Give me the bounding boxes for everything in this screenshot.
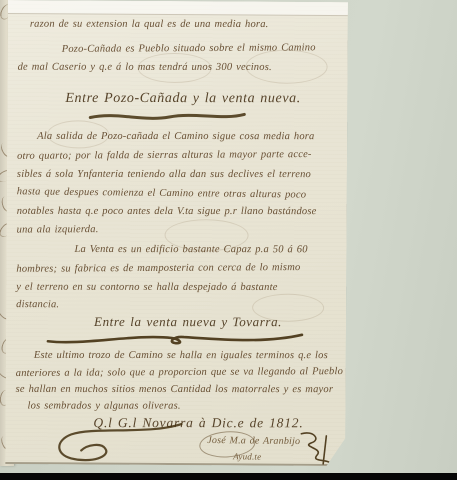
signature-name: José M.a de Aranbijo	[207, 435, 300, 447]
paragraph-4-line: Este ultimo trozo de Camino se halla en …	[34, 350, 328, 361]
opening-line: razon de su extension la qual es de una …	[30, 19, 269, 30]
paragraph-4-line: los sembrados y algunas oliveras.	[28, 401, 181, 412]
paragraph-2-line: otro quarto; por la falda de sierras alt…	[17, 149, 312, 162]
manuscript-page: razon de su extension la qual es de una …	[5, 0, 348, 466]
paragraph-4-line: anteriores a la ida; solo que a proporci…	[16, 366, 343, 379]
paragraph-2-line: hasta que despues comienza el Camino ent…	[17, 186, 307, 200]
paragraph-1-line: de mal Caserio y q.e á lo mas tendrá uno…	[18, 62, 272, 73]
pen-flourish-underline-1	[87, 108, 247, 123]
paragraph-1-line: Pozo-Cañada es Pueblo situado sobre el m…	[62, 42, 316, 55]
pen-flourish-dateline	[53, 420, 188, 467]
scanned-manuscript-photo: razon de su extension la qual es de una …	[0, 0, 457, 480]
paragraph-4-line: se hallan en muchos sitios menos Cantida…	[16, 384, 334, 395]
pen-flourish-underline-2	[44, 328, 306, 348]
bottom-black-bar	[0, 473, 457, 480]
paragraph-2-line: sibles á sola Ynfanteria teniendo alla d…	[17, 169, 311, 180]
heading-entre-pozo-canada: Entre Pozo-Cañada y la venta nueva.	[65, 91, 300, 107]
paragraph-3-line: y el terreno en su contorno se halla des…	[16, 282, 277, 293]
paragraph-3-line: distancia.	[16, 299, 59, 310]
paragraph-2-line: notables hasta q.e poco antes dela V.ta …	[17, 206, 317, 217]
page-top-edge	[8, 0, 348, 16]
signature-title: Ayud.te	[233, 451, 261, 461]
paragraph-3-line: hombres; su fabrica es de mamposteria co…	[16, 262, 300, 275]
paragraph-2-line: una ala izquierda.	[17, 224, 99, 236]
paragraph-2-line: Ala salida de Pozo-cañada el Camino sigu…	[37, 131, 314, 142]
paragraph-3-line: La Venta es un edificio bastante Capaz p…	[74, 244, 307, 255]
